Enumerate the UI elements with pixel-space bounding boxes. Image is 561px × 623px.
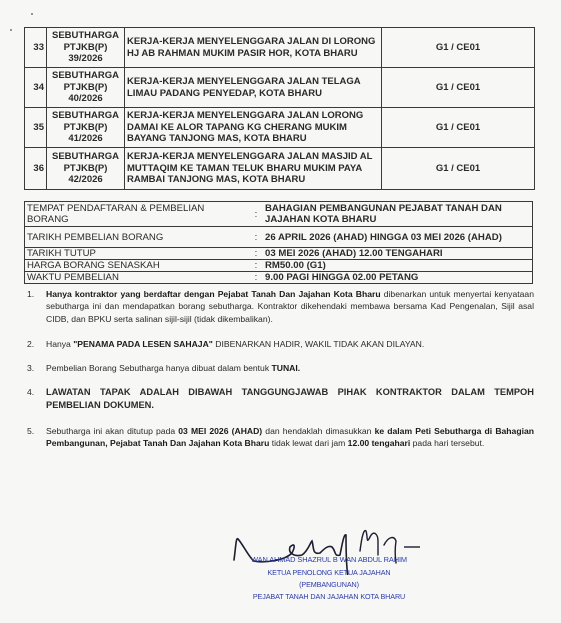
note-item: 4. LAWATAN TAPAK ADALAH DIBAWAH TANGGUNG…	[24, 386, 534, 411]
note-item: 1. Hanya kontraktor yang berdaftar denga…	[24, 288, 534, 325]
note-text: Hanya	[46, 339, 73, 349]
reference-number: SEBUTHARGAPTJKB(P)42/2026	[47, 148, 125, 190]
info-separator: :	[249, 260, 263, 272]
note-number: 5.	[27, 425, 34, 437]
note-bold-text: "PENAMA PADA LESEN SAHAJA"	[73, 339, 213, 349]
work-description: KERJA-KERJA MENYELENGGARA JALAN TELAGA L…	[125, 68, 382, 108]
table-row: 35 SEBUTHARGAPTJKB(P)41/2026 KERJA-KERJA…	[25, 108, 535, 148]
work-description: KERJA-KERJA MENYELENGGARA JALAN MASJID A…	[125, 148, 382, 190]
note-number: 2.	[27, 338, 34, 350]
table-row: 34 SEBUTHARGAPTJKB(P)40/2026 KERJA-KERJA…	[25, 68, 535, 108]
info-value: 26 APRIL 2026 (AHAD) HINGGA 03 MEI 2026 …	[263, 227, 533, 248]
reference-number: SEBUTHARGAPTJKB(P)39/2026	[47, 28, 125, 68]
info-row: TARIKH PEMBELIAN BORANG : 26 APRIL 2026 …	[25, 227, 533, 248]
note-text: Sebutharga ini akan ditutup pada	[46, 426, 178, 436]
note-number: 4.	[27, 386, 34, 398]
scan-speck	[31, 13, 33, 15]
info-separator: :	[249, 248, 263, 260]
info-row: TARIKH TUTUP : 03 MEI 2026 (AHAD) 12.00 …	[25, 248, 533, 260]
reference-number: SEBUTHARGAPTJKB(P)40/2026	[47, 68, 125, 108]
info-separator: :	[249, 202, 263, 227]
info-row: HARGA BORANG SENASKAH : RM50.00 (G1)	[25, 260, 533, 272]
note-text: Pembelian Borang Sebutharga hanya dibuat…	[46, 363, 272, 373]
note-bold-text: 03 MEI 2026 (AHAD)	[178, 426, 262, 436]
works-table: 33 SEBUTHARGAPTJKB(P)39/2026 KERJA-KERJA…	[24, 27, 535, 190]
info-label: WAKTU PEMBELIAN	[25, 272, 250, 284]
note-text: DIBENARKAN HADIR, WAKIL TIDAK AKAN DILAY…	[213, 339, 424, 349]
row-number: 34	[25, 68, 47, 108]
info-table: TEMPAT PENDAFTARAN & PEMBELIAN BORANG : …	[24, 201, 533, 284]
note-item: 3. Pembelian Borang Sebutharga hanya dib…	[24, 362, 534, 374]
info-value: BAHAGIAN PEMBANGUNAN PEJABAT TANAH DAN J…	[263, 202, 533, 227]
notes-list: 1. Hanya kontraktor yang berdaftar denga…	[24, 288, 534, 450]
info-label: TEMPAT PENDAFTARAN & PEMBELIAN BORANG	[25, 202, 250, 227]
note-text: dan hendaklah dimasukkan	[262, 426, 374, 436]
note-number: 3.	[27, 362, 34, 374]
note-bold-text: 12.00 tengahari	[348, 438, 411, 448]
contractor-class: G1 / CE01	[382, 28, 535, 68]
note-number: 1.	[27, 288, 34, 300]
info-label: TARIKH TUTUP	[25, 248, 250, 260]
note-item: 5. Sebutharga ini akan ditutup pada 03 M…	[24, 425, 534, 450]
note-item: 2. Hanya "PENAMA PADA LESEN SAHAJA" DIBE…	[24, 338, 534, 350]
table-row: 36 SEBUTHARGAPTJKB(P)42/2026 KERJA-KERJA…	[25, 148, 535, 190]
row-number: 33	[25, 28, 47, 68]
signatory-office: PEJABAT TANAH DAN JAJAHAN KOTA BHARU	[234, 590, 424, 603]
row-number: 36	[25, 148, 47, 190]
work-description: KERJA-KERJA MENYELENGGARA JALAN LORONG D…	[125, 108, 382, 148]
info-separator: :	[249, 272, 263, 284]
note-text: tidak lewat dari jam	[269, 438, 347, 448]
note-bold-text: LAWATAN TAPAK ADALAH DIBAWAH TANGGUNGJAW…	[46, 387, 534, 409]
info-row: TEMPAT PENDAFTARAN & PEMBELIAN BORANG : …	[25, 202, 533, 227]
table-row: 33 SEBUTHARGAPTJKB(P)39/2026 KERJA-KERJA…	[25, 28, 535, 68]
info-label: HARGA BORANG SENASKAH	[25, 260, 250, 272]
scan-speck	[10, 29, 12, 31]
row-number: 35	[25, 108, 47, 148]
contractor-class: G1 / CE01	[382, 108, 535, 148]
info-value: 9.00 PAGI HINGGA 02.00 PETANG	[263, 272, 533, 284]
info-row: WAKTU PEMBELIAN : 9.00 PAGI HINGGA 02.00…	[25, 272, 533, 284]
reference-number: SEBUTHARGAPTJKB(P)41/2026	[47, 108, 125, 148]
note-text: pada hari tersebut.	[410, 438, 484, 448]
info-value: RM50.00 (G1)	[263, 260, 533, 272]
note-bold-text: Hanya kontraktor yang berdaftar dengan P…	[46, 289, 381, 299]
note-bold-text: TUNAI.	[272, 363, 301, 373]
contractor-class: G1 / CE01	[382, 68, 535, 108]
contractor-class: G1 / CE01	[382, 148, 535, 190]
work-description: KERJA-KERJA MENYELENGGARA JALAN DI LORON…	[125, 28, 382, 68]
signature-block: WAN AHMAD SHAZRUL B WAN ABDUL RAHIM KETU…	[234, 553, 424, 603]
signatory-name: WAN AHMAD SHAZRUL B WAN ABDUL RAHIM	[234, 553, 424, 566]
info-separator: :	[249, 227, 263, 248]
info-label: TARIKH PEMBELIAN BORANG	[25, 227, 250, 248]
info-value: 03 MEI 2026 (AHAD) 12.00 TENGAHARI	[263, 248, 533, 260]
